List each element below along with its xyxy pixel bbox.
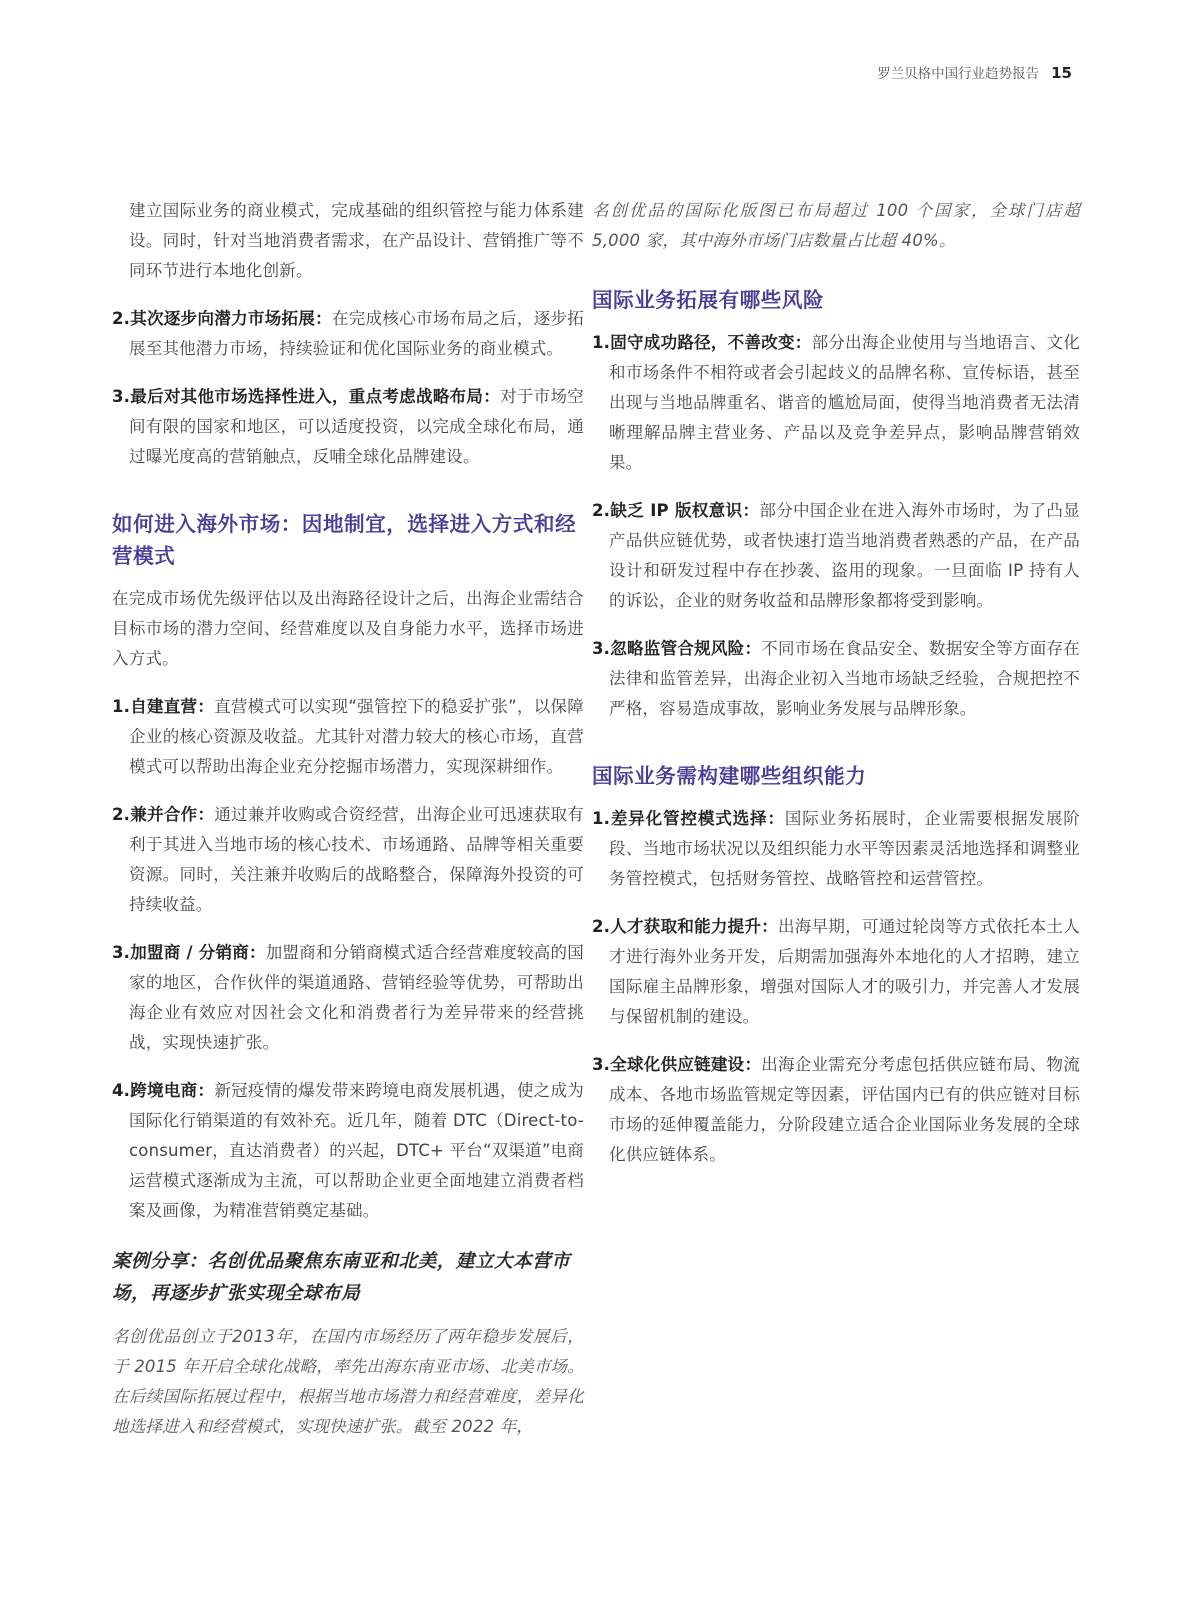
mode-lead: 3.加盟商 / 分销商： (112, 943, 266, 962)
page-number: 15 (1051, 64, 1072, 82)
capability-lead: 2.人才获取和能力提升： (592, 917, 778, 936)
step-item: 2.其次逐步向潜力市场拓展：在完成核心市场布局之后，逐步拓展至其他潜力市场，持续… (112, 304, 584, 364)
mode-item: 2.兼并合作：通过兼并收购或合资经营，出海企业可迅速获取有利于其进入当地市场的核… (112, 800, 584, 920)
section-title-risks: 国际业务拓展有哪些风险 (592, 284, 1080, 316)
right-column: 名创优品的国际化版图已布局超过 100 个国家，全球门店超 5,000 家，其中… (605, 196, 1080, 1170)
capability-item: 1.差异化管控模式选择：国际业务拓展时，企业需要根据发展阶段、当地市场状况以及组… (592, 804, 1080, 894)
case-study-continuation: 名创优品的国际化版图已布局超过 100 个国家，全球门店超 5,000 家，其中… (592, 196, 1080, 256)
mode-lead: 2.兼并合作： (112, 805, 214, 824)
left-column: 建立国际业务的商业模式，完成基础的组织管控与能力体系建设。同时，针对当地消费者需… (112, 196, 584, 1442)
capability-item: 2.人才获取和能力提升：出海早期，可通过轮岗等方式依托本土人才进行海外业务开发，… (592, 912, 1080, 1032)
risk-item: 1.固守成功路径，不善改变：部分出海企业使用与当地语言、文化和市场条件不相符或者… (592, 328, 1080, 478)
step-lead: 2.其次逐步向潜力市场拓展： (112, 309, 332, 328)
capability-lead: 1.差异化管控模式选择： (592, 809, 785, 828)
capability-lead: 3.全球化供应链建设： (592, 1055, 761, 1074)
mode-item: 4.跨境电商：新冠疫情的爆发带来跨境电商发展机遇，使之成为国际化行销渠道的有效补… (112, 1076, 584, 1226)
section-title-market-entry: 如何进入海外市场：因地制宜，选择进入方式和经营模式 (112, 508, 584, 572)
mode-item: 3.加盟商 / 分销商：加盟商和分销商模式适合经营难度较高的国家的地区，合作伙伴… (112, 938, 584, 1058)
mode-text: 新冠疫情的爆发带来跨境电商发展机遇，使之成为国际化行销渠道的有效补充。近几年，随… (129, 1081, 584, 1220)
step-item: 3.最后对其他市场选择性进入，重点考虑战略布局：对于市场空间有限的国家和地区，可… (112, 382, 584, 472)
risk-lead: 1.固守成功路径，不善改变： (592, 333, 812, 352)
mode-lead: 1.自建直营： (112, 697, 214, 716)
case-study-title: 案例分享：名创优品聚焦东南亚和北美，建立大本营市场，再逐步扩张实现全球布局 (112, 1246, 584, 1310)
risk-item: 2.缺乏 IP 版权意识：部分中国企业在进入海外市场时，为了凸显产品供应链优势，… (592, 496, 1080, 616)
mode-lead: 4.跨境电商： (112, 1081, 214, 1100)
risk-item: 3.忽略监管合规风险：不同市场在食品安全、数据安全等方面存在法律和监管差异，出海… (592, 634, 1080, 724)
risk-text: 部分出海企业使用与当地语言、文化和市场条件不相符或者会引起歧义的品牌名称、宣传标… (609, 333, 1080, 472)
case-study-text: 名创优品创立于2013年，在国内市场经历了两年稳步发展后，于 2015 年开启全… (112, 1322, 584, 1442)
risk-lead: 3.忽略监管合规风险： (592, 639, 761, 658)
risk-lead: 2.缺乏 IP 版权意识： (592, 501, 759, 520)
mode-item: 1.自建直营：直营模式可以实现“强管控下的稳妥扩张”，以保障企业的核心资源及收益… (112, 692, 584, 782)
section-intro: 在完成市场优先级评估以及出海路径设计之后，出海企业需结合目标市场的潜力空间、经营… (112, 584, 584, 674)
step-lead: 3.最后对其他市场选择性进入，重点考虑战略布局： (112, 387, 500, 406)
running-header: 罗兰贝格中国行业趋势报告 15 (877, 62, 1072, 82)
report-title: 罗兰贝格中国行业趋势报告 (877, 62, 1039, 82)
capability-item: 3.全球化供应链建设：出海企业需充分考虑包括供应链布局、物流成本、各地市场监管规… (592, 1050, 1080, 1170)
intro-continuation: 建立国际业务的商业模式，完成基础的组织管控与能力体系建设。同时，针对当地消费者需… (112, 196, 584, 286)
section-title-capabilities: 国际业务需构建哪些组织能力 (592, 760, 1080, 792)
